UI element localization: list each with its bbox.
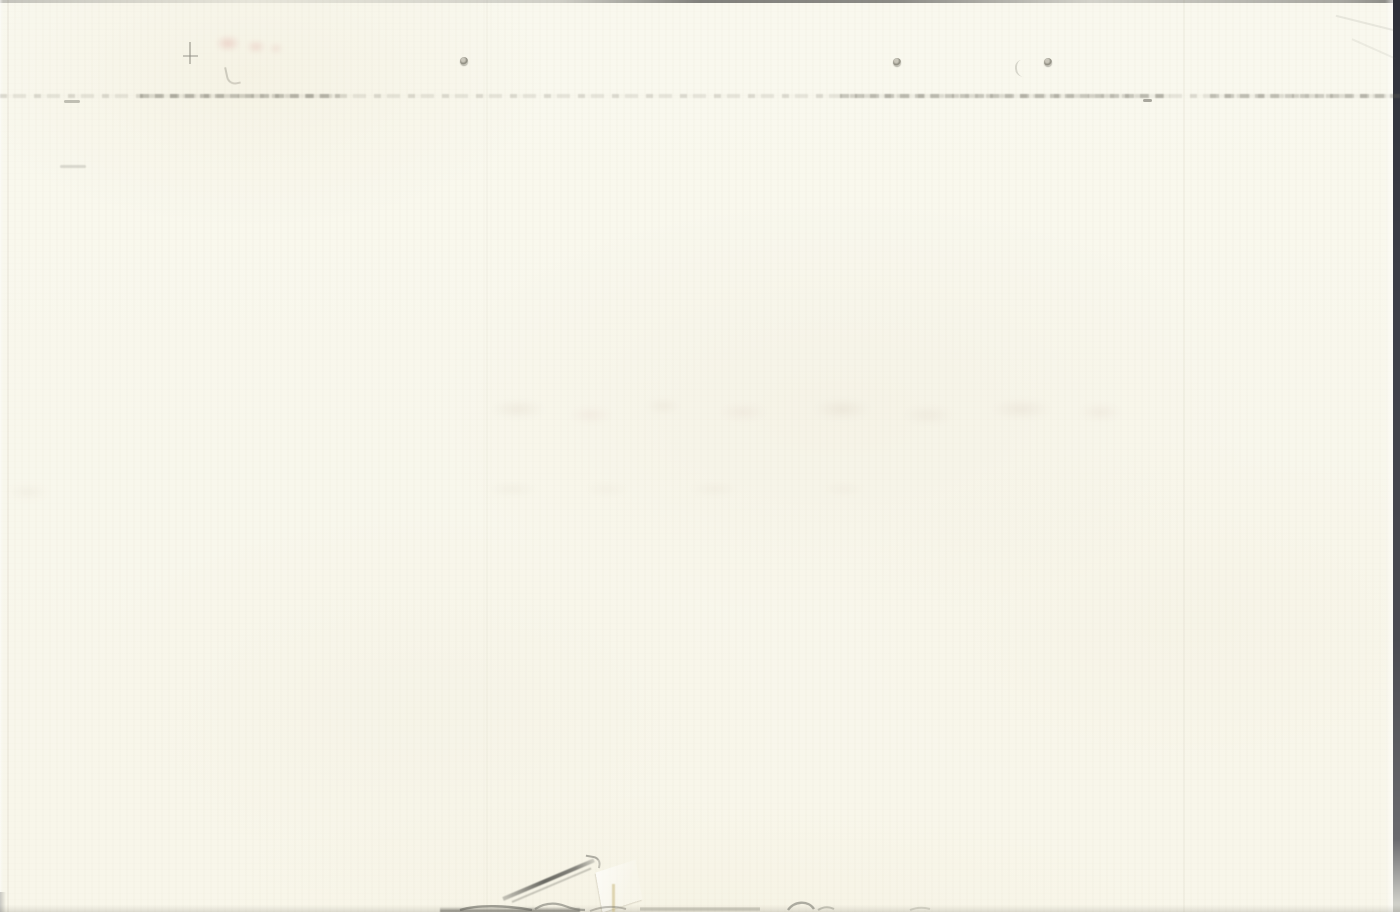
scanned-page	[0, 0, 1400, 912]
left-edge-crease	[7, 0, 9, 912]
scratch-line-heavy	[840, 94, 1170, 98]
ink-fleck	[60, 165, 86, 168]
scratch-line-heavy	[140, 94, 340, 98]
paper-sheet	[0, 0, 1400, 912]
vertical-crease	[486, 0, 488, 912]
bleed-through-smudge	[0, 475, 70, 509]
pencil-cross-mark	[183, 55, 198, 57]
red-pencil-smudge	[208, 28, 288, 62]
ink-fleck	[64, 100, 80, 103]
scratch-line-heavy	[1210, 94, 1396, 98]
paper-right-edge-highlight	[1385, 0, 1393, 912]
bottom-left-corner-shadow	[0, 892, 6, 912]
scanner-edge-strip	[1393, 0, 1400, 912]
bleed-through-band	[478, 476, 908, 502]
vertical-crease	[1183, 0, 1185, 912]
top-edge-shadow	[0, 0, 1400, 3]
pinhole	[1044, 58, 1052, 66]
pencil-cross-mark	[189, 42, 191, 64]
pinhole	[460, 57, 468, 65]
cutoff-handwriting-marks	[440, 894, 960, 912]
bleed-through-band	[478, 383, 1140, 441]
pinhole	[893, 58, 901, 66]
ink-fleck	[1143, 99, 1152, 102]
paper-left-edge-highlight	[0, 0, 3, 912]
